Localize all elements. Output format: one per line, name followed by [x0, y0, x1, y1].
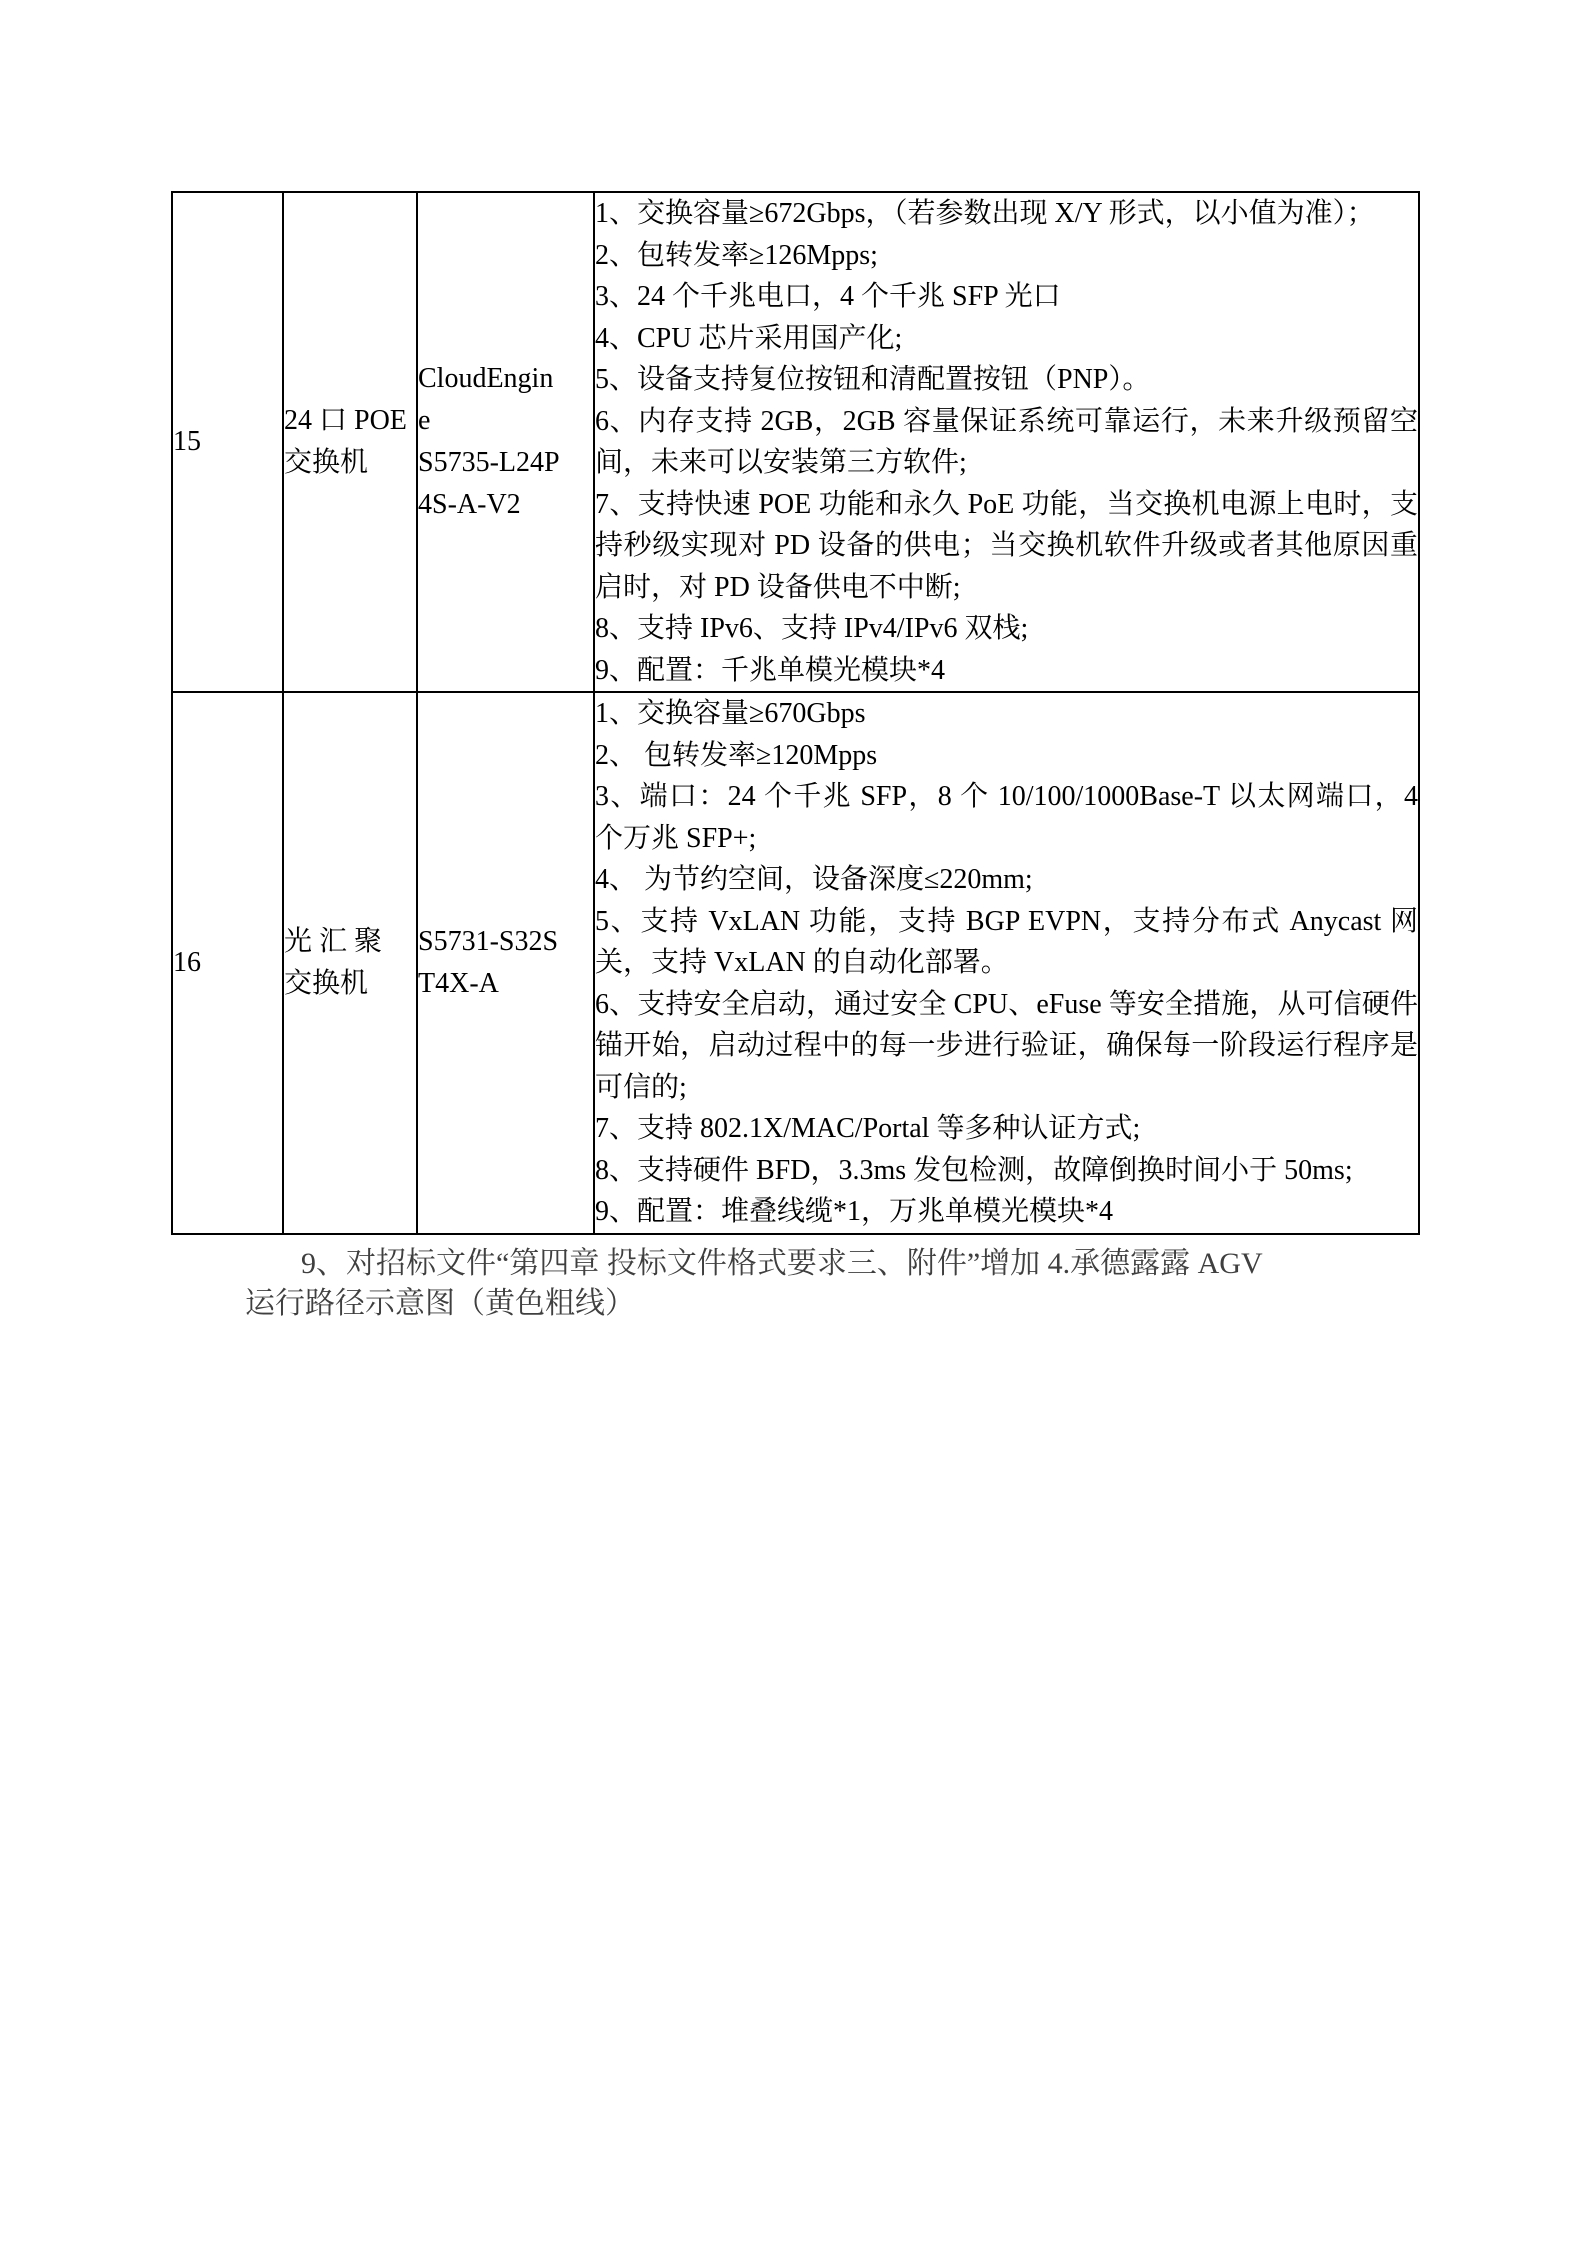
spec-item: 4、CPU 芯片采用国产化; — [595, 318, 1418, 360]
device-model-cell: CloudEngin e S5735-L24P 4S-A-V2 — [417, 192, 594, 692]
row-index: 16 — [173, 947, 201, 978]
row-index-cell: 15 — [172, 192, 283, 692]
amendment-note-line: 9、对招标文件“第四章 投标文件格式要求三、附件”增加 4.承德露露 AGV — [245, 1244, 1445, 1284]
spec-item: 2、包转发率≥126Mpps; — [595, 235, 1418, 277]
spec-item: 8、支持硬件 BFD，3.3ms 发包检测，故障倒换时间小于 50ms; — [595, 1150, 1418, 1192]
spec-item: 7、支持快速 POE 功能和永久 PoE 功能，当交换机电源上电时，支持秒级实现… — [595, 484, 1418, 609]
spec-item: 4、 为节约空间，设备深度≤220mm; — [595, 859, 1418, 901]
device-name-line: 光 汇 聚 — [284, 921, 416, 963]
device-model-line: CloudEngin — [418, 358, 593, 400]
spec-item: 9、配置：千兆单模光模块*4 — [595, 650, 1418, 692]
row-index-cell: 16 — [172, 692, 283, 1234]
spec-item: 5、支持 VxLAN 功能，支持 BGP EVPN，支持分布式 Anycast … — [595, 901, 1418, 984]
device-name-line: 24 口 POE — [284, 400, 416, 442]
spec-item: 5、设备支持复位按钮和清配置按钮（PNP）。 — [595, 359, 1418, 401]
spec-item: 8、支持 IPv6、支持 IPv4/IPv6 双栈; — [595, 608, 1418, 650]
document-page: 15 24 口 POE 交换机 CloudEngin e S5735-L24P … — [0, 0, 1587, 2245]
amendment-note: 9、对招标文件“第四章 投标文件格式要求三、附件”增加 4.承德露露 AGV 运… — [245, 1244, 1445, 1324]
row-index: 15 — [173, 426, 201, 457]
device-model-cell: S5731-S32S T4X-A — [417, 692, 594, 1234]
spec-list-cell: 1、交换容量≥672Gbps，（若参数出现 X/Y 形式，以小值为准）； 2、包… — [594, 192, 1419, 692]
device-model-line: e — [418, 400, 593, 442]
device-name-cell: 光 汇 聚 交换机 — [283, 692, 417, 1234]
device-name-cell: 24 口 POE 交换机 — [283, 192, 417, 692]
table-row-15: 15 24 口 POE 交换机 CloudEngin e S5735-L24P … — [172, 192, 1419, 692]
device-model-line: T4X-A — [418, 963, 593, 1005]
device-name-line: 交换机 — [284, 442, 416, 484]
table-row-16: 16 光 汇 聚 交换机 S5731-S32S T4X-A 1、交换容量≥670… — [172, 692, 1419, 1234]
spec-item: 1、交换容量≥670Gbps — [595, 693, 1418, 735]
device-model-line: 4S-A-V2 — [418, 484, 593, 526]
spec-item: 9、配置：堆叠线缆*1，万兆单模光模块*4 — [595, 1191, 1418, 1233]
device-model-line: S5731-S32S — [418, 921, 593, 963]
equipment-spec-table: 15 24 口 POE 交换机 CloudEngin e S5735-L24P … — [171, 191, 1420, 1235]
spec-item: 3、24 个千兆电口，4 个千兆 SFP 光口 — [595, 276, 1418, 318]
spec-item: 6、支持安全启动，通过安全 CPU、eFuse 等安全措施，从可信硬件锚开始，启… — [595, 984, 1418, 1109]
spec-item: 1、交换容量≥672Gbps，（若参数出现 X/Y 形式，以小值为准）； — [595, 193, 1418, 235]
spec-item: 3、端口：24 个千兆 SFP，8 个 10/100/1000Base-T 以太… — [595, 776, 1418, 859]
device-model-line: S5735-L24P — [418, 442, 593, 484]
spec-item: 2、 包转发率≥120Mpps — [595, 735, 1418, 777]
spec-item: 6、内存支持 2GB，2GB 容量保证系统可靠运行，未来升级预留空间，未来可以安… — [595, 401, 1418, 484]
device-name-line: 交换机 — [284, 963, 416, 1005]
amendment-note-line: 运行路径示意图（黄色粗线） — [245, 1284, 1445, 1324]
spec-list-cell: 1、交换容量≥670Gbps 2、 包转发率≥120Mpps 3、端口：24 个… — [594, 692, 1419, 1234]
spec-item: 7、支持 802.1X/MAC/Portal 等多种认证方式; — [595, 1108, 1418, 1150]
